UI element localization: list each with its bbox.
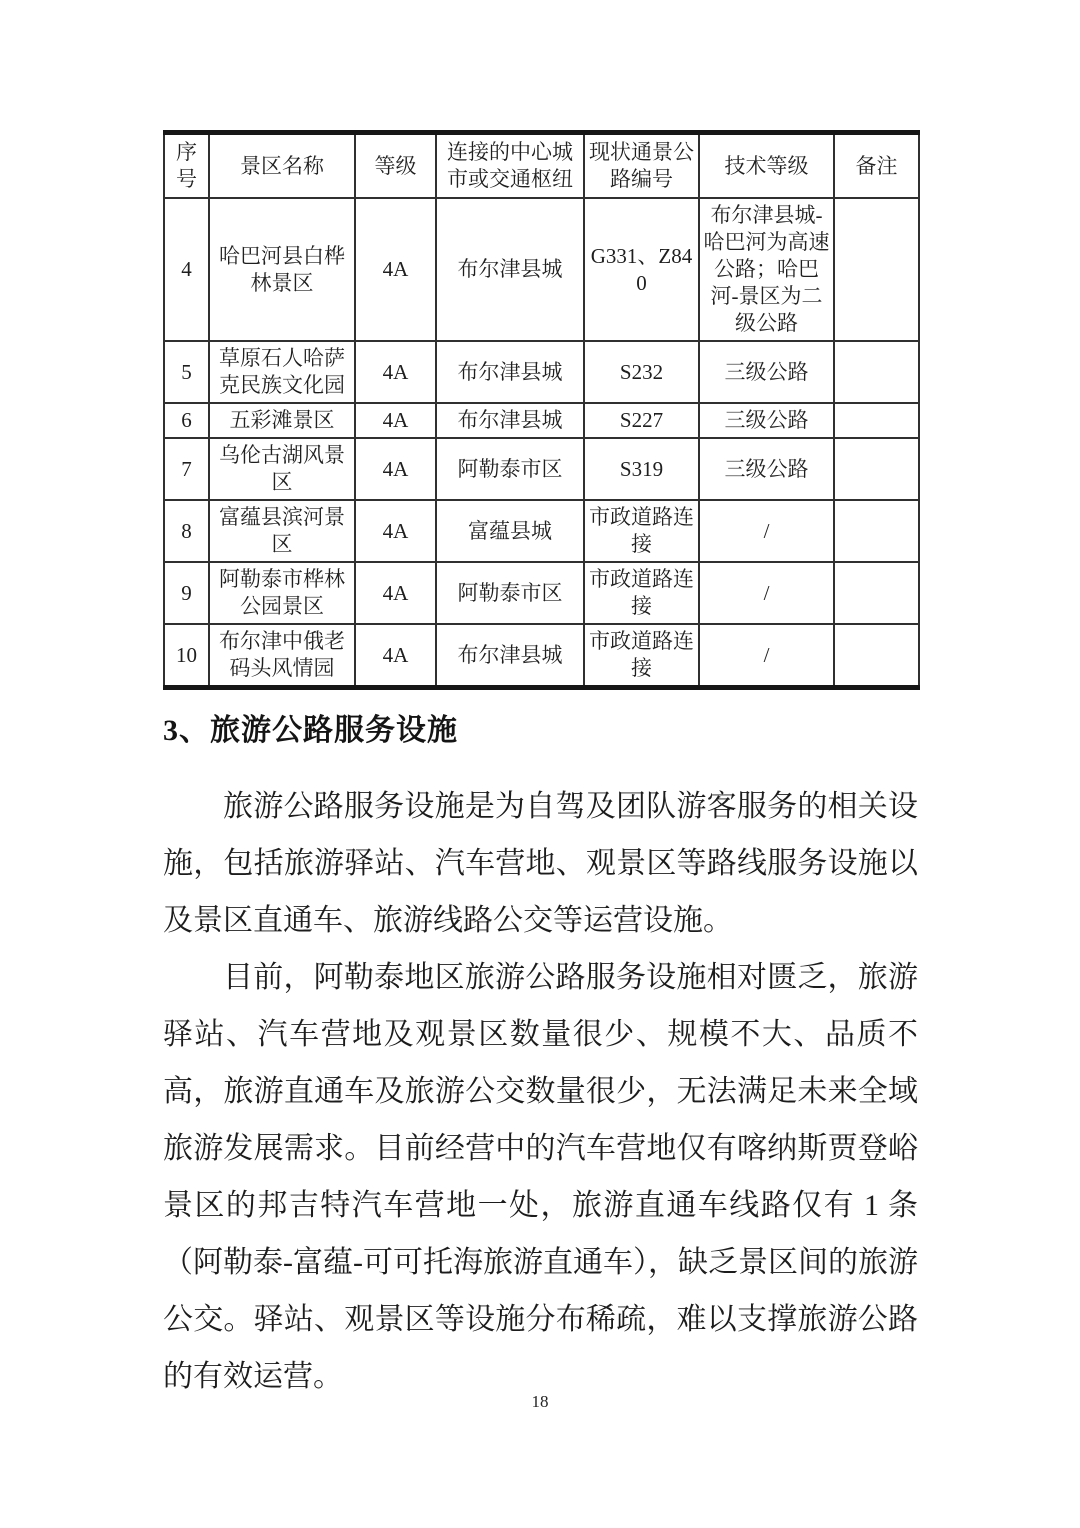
col-header-remarks: 备注 bbox=[834, 133, 919, 199]
cell-technical-grade: / bbox=[699, 500, 834, 562]
cell-number: 5 bbox=[164, 341, 209, 403]
cell-grade: 4A bbox=[355, 403, 436, 438]
cell-technical-grade: 三级公路 bbox=[699, 341, 834, 403]
cell-grade: 4A bbox=[355, 198, 436, 341]
cell-connected-city: 富蕴县城 bbox=[436, 500, 584, 562]
cell-road-number: 市政道路连接 bbox=[584, 562, 699, 624]
paragraph-service-facilities: 旅游公路服务设施是为自驾及团队游客服务的相关设施，包括旅游驿站、汽车营地、观景区… bbox=[163, 778, 918, 949]
table-row: 4 哈巴河县白桦林景区 4A 布尔津县城 G331、Z840 布尔津县城-哈巴河… bbox=[164, 198, 919, 341]
cell-scenic-name: 布尔津中俄老码头风情园 bbox=[209, 624, 355, 688]
table-row: 5 草原石人哈萨克民族文化园 4A 布尔津县城 S232 三级公路 bbox=[164, 341, 919, 403]
cell-number: 10 bbox=[164, 624, 209, 688]
cell-connected-city: 布尔津县城 bbox=[436, 403, 584, 438]
cell-road-number: S319 bbox=[584, 438, 699, 500]
cell-road-number: S227 bbox=[584, 403, 699, 438]
table-row: 8 富蕴县滨河景区 4A 富蕴县城 市政道路连接 / bbox=[164, 500, 919, 562]
cell-remarks bbox=[834, 438, 919, 500]
col-header-number: 序号 bbox=[164, 133, 209, 199]
cell-grade: 4A bbox=[355, 562, 436, 624]
cell-scenic-name: 阿勒泰市桦林公园景区 bbox=[209, 562, 355, 624]
paragraph-current-status: 目前，阿勒泰地区旅游公路服务设施相对匮乏，旅游驿站、汽车营地及观景区数量很少、规… bbox=[163, 949, 918, 1405]
cell-scenic-name: 哈巴河县白桦林景区 bbox=[209, 198, 355, 341]
table-row: 7 乌伦古湖风景区 4A 阿勒泰市区 S319 三级公路 bbox=[164, 438, 919, 500]
cell-scenic-name: 乌伦古湖风景区 bbox=[209, 438, 355, 500]
cell-connected-city: 布尔津县城 bbox=[436, 341, 584, 403]
page-content: 序号 景区名称 等级 连接的中心城市或交通枢纽 现状通景公路编号 技术等级 备注… bbox=[163, 130, 918, 1405]
cell-remarks bbox=[834, 341, 919, 403]
cell-connected-city: 布尔津县城 bbox=[436, 624, 584, 688]
col-header-scenic-name: 景区名称 bbox=[209, 133, 355, 199]
cell-grade: 4A bbox=[355, 500, 436, 562]
cell-connected-city: 布尔津县城 bbox=[436, 198, 584, 341]
cell-road-number: 市政道路连接 bbox=[584, 500, 699, 562]
cell-grade: 4A bbox=[355, 438, 436, 500]
cell-remarks bbox=[834, 403, 919, 438]
document-page: 序号 景区名称 等级 连接的中心城市或交通枢纽 现状通景公路编号 技术等级 备注… bbox=[0, 0, 1080, 1528]
section-heading: 3、旅游公路服务设施 bbox=[163, 713, 918, 749]
cell-number: 8 bbox=[164, 500, 209, 562]
cell-road-number: S232 bbox=[584, 341, 699, 403]
table-row: 6 五彩滩景区 4A 布尔津县城 S227 三级公路 bbox=[164, 403, 919, 438]
page-number: 18 bbox=[0, 1392, 1080, 1412]
cell-technical-grade: 三级公路 bbox=[699, 438, 834, 500]
cell-scenic-name: 五彩滩景区 bbox=[209, 403, 355, 438]
cell-number: 6 bbox=[164, 403, 209, 438]
cell-technical-grade: 三级公路 bbox=[699, 403, 834, 438]
cell-scenic-name: 草原石人哈萨克民族文化园 bbox=[209, 341, 355, 403]
table-row: 10 布尔津中俄老码头风情园 4A 布尔津县城 市政道路连接 / bbox=[164, 624, 919, 688]
cell-road-number: G331、Z840 bbox=[584, 198, 699, 341]
cell-technical-grade: 布尔津县城-哈巴河为高速公路；哈巴河-景区为二级公路 bbox=[699, 198, 834, 341]
scenic-area-table: 序号 景区名称 等级 连接的中心城市或交通枢纽 现状通景公路编号 技术等级 备注… bbox=[163, 130, 920, 690]
col-header-grade: 等级 bbox=[355, 133, 436, 199]
cell-road-number: 市政道路连接 bbox=[584, 624, 699, 688]
cell-technical-grade: / bbox=[699, 562, 834, 624]
cell-scenic-name: 富蕴县滨河景区 bbox=[209, 500, 355, 562]
cell-grade: 4A bbox=[355, 624, 436, 688]
col-header-connected-city: 连接的中心城市或交通枢纽 bbox=[436, 133, 584, 199]
cell-connected-city: 阿勒泰市区 bbox=[436, 562, 584, 624]
cell-grade: 4A bbox=[355, 341, 436, 403]
scenic-table-header: 序号 景区名称 等级 连接的中心城市或交通枢纽 现状通景公路编号 技术等级 备注 bbox=[164, 133, 919, 199]
col-header-road-number: 现状通景公路编号 bbox=[584, 133, 699, 199]
cell-number: 4 bbox=[164, 198, 209, 341]
cell-remarks bbox=[834, 198, 919, 341]
header-row: 序号 景区名称 等级 连接的中心城市或交通枢纽 现状通景公路编号 技术等级 备注 bbox=[164, 133, 919, 199]
cell-remarks bbox=[834, 500, 919, 562]
cell-number: 9 bbox=[164, 562, 209, 624]
table-row: 9 阿勒泰市桦林公园景区 4A 阿勒泰市区 市政道路连接 / bbox=[164, 562, 919, 624]
col-header-technical-grade: 技术等级 bbox=[699, 133, 834, 199]
cell-connected-city: 阿勒泰市区 bbox=[436, 438, 584, 500]
cell-remarks bbox=[834, 562, 919, 624]
cell-remarks bbox=[834, 624, 919, 688]
scenic-table-body: 4 哈巴河县白桦林景区 4A 布尔津县城 G331、Z840 布尔津县城-哈巴河… bbox=[164, 198, 919, 688]
cell-technical-grade: / bbox=[699, 624, 834, 688]
cell-number: 7 bbox=[164, 438, 209, 500]
